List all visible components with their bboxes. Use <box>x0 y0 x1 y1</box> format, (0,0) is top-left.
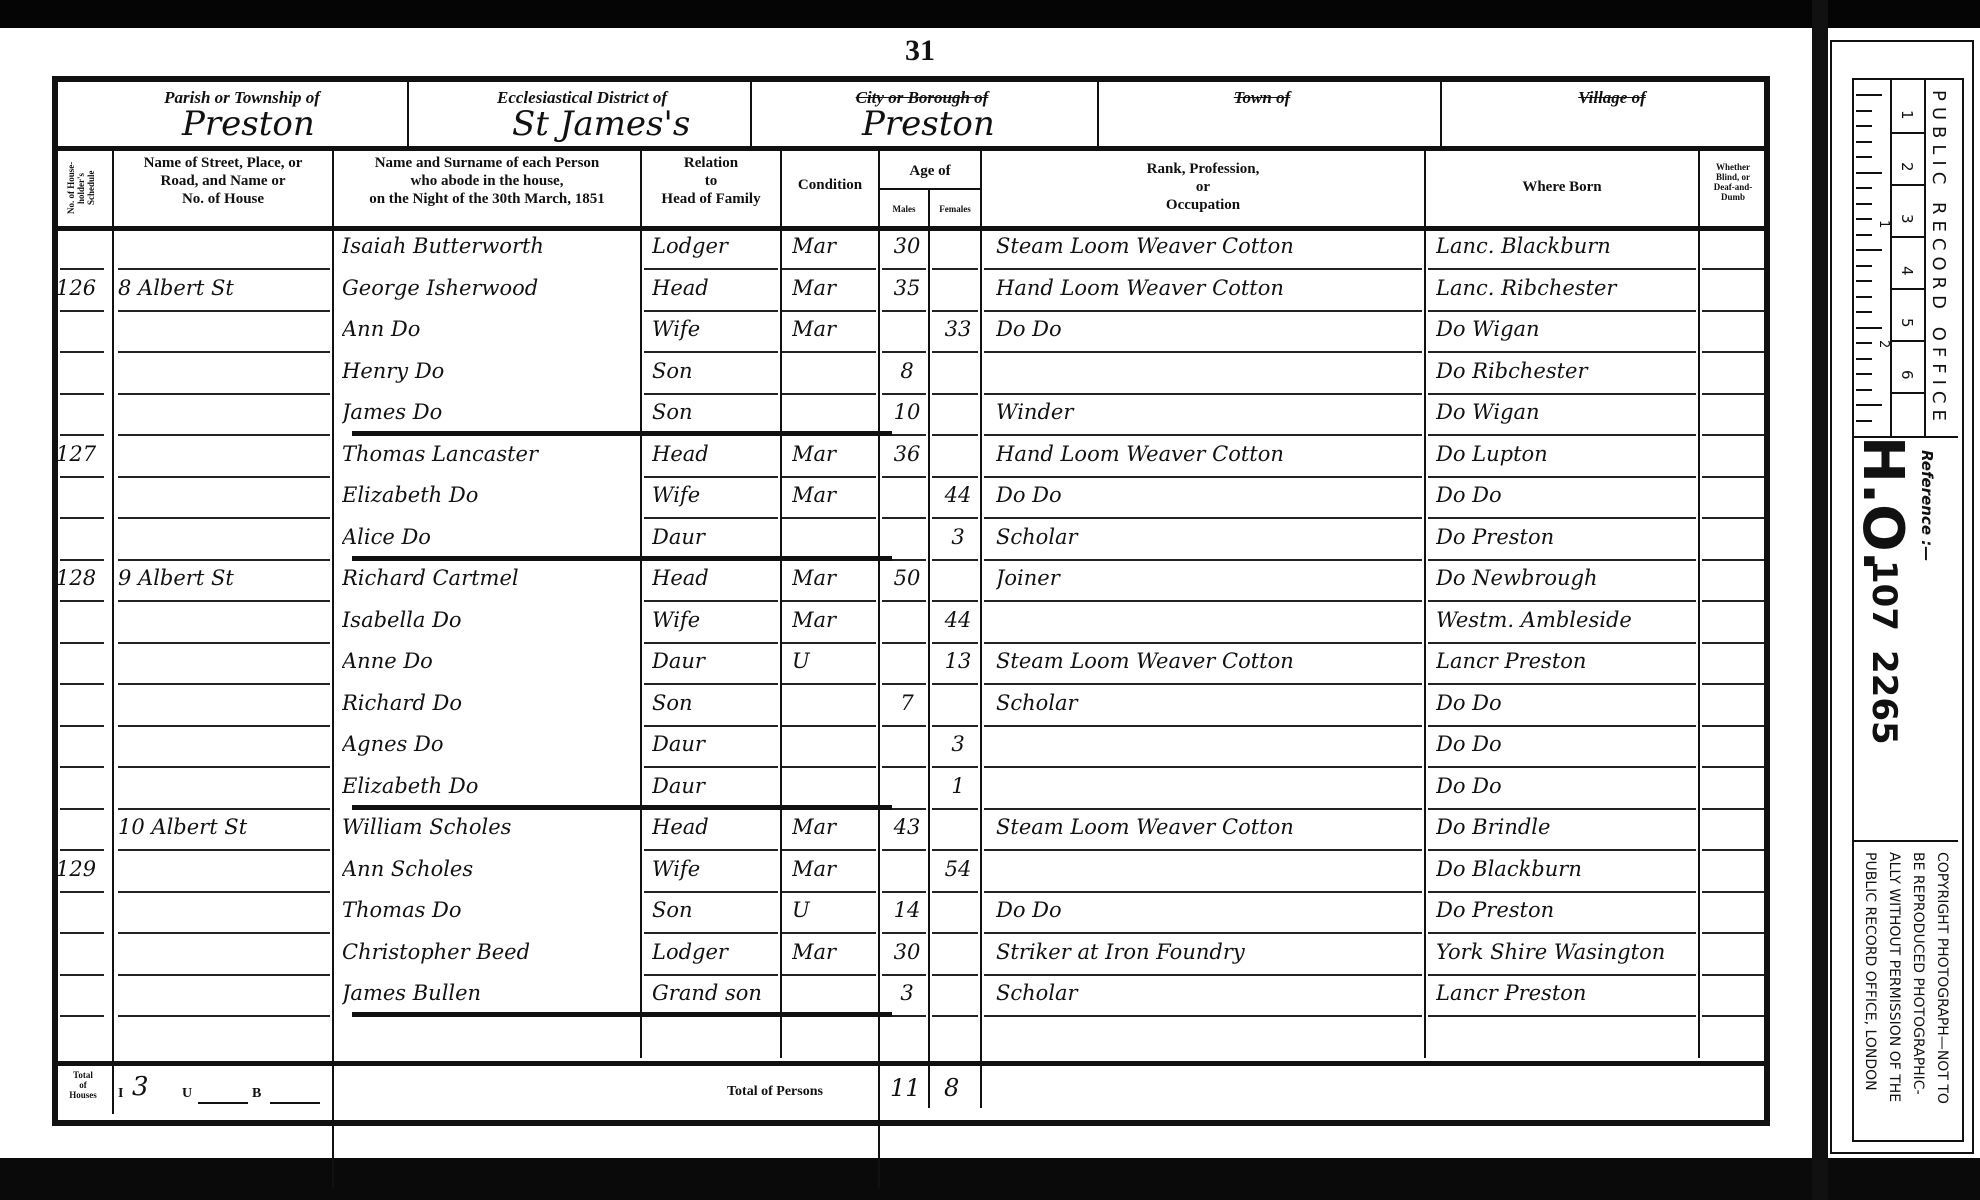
cell-born: Westm. Ambleside <box>1436 608 1696 632</box>
totals-row: Total of Houses I 3 U B Total of Persons… <box>52 1066 1770 1114</box>
village-label: Village of <box>1552 88 1672 108</box>
cell-street: 9 Albert St <box>118 566 330 590</box>
cell-born: Lancr Preston <box>1436 981 1696 1005</box>
row-rule <box>932 683 978 685</box>
row-rule <box>984 310 1422 312</box>
row-rule <box>782 476 876 478</box>
cell-males: 30 <box>888 940 926 964</box>
row-rule <box>882 517 926 519</box>
row-rule <box>644 849 778 851</box>
row-rule <box>60 642 104 644</box>
cell-males: 43 <box>888 815 926 839</box>
col-header-born: Where Born <box>1426 178 1698 196</box>
row-rule <box>118 476 330 478</box>
row-rule <box>644 310 778 312</box>
ruler-cm-divider <box>1890 340 1924 342</box>
header-divider-v <box>1440 80 1442 146</box>
table-row: Thomas DoSonU14Do DoDo Preston <box>52 894 1770 934</box>
page-edge <box>1812 0 1828 1200</box>
building-blank <box>270 1102 320 1104</box>
row-rule <box>1702 434 1764 436</box>
row-rule <box>984 434 1422 436</box>
row-rule <box>118 891 330 893</box>
row-rule <box>1428 808 1696 810</box>
film-edge-bottom <box>0 1158 1980 1200</box>
uninhabited-label: U <box>182 1086 192 1102</box>
uninhabited-blank <box>198 1102 248 1104</box>
row-rule <box>932 642 978 644</box>
cell-name: William Scholes <box>342 815 638 839</box>
row-rule <box>782 932 876 934</box>
row-rule <box>932 268 978 270</box>
table-row: James DoSon10WinderDo Wigan <box>52 396 1770 436</box>
cell-born: Do Wigan <box>1436 317 1696 341</box>
row-rule <box>60 1015 104 1017</box>
cell-born: Lanc. Ribchester <box>1436 276 1696 300</box>
ruler-tick <box>1856 94 1882 96</box>
row-rule <box>782 351 876 353</box>
col-header-name-l2: who abode in the house, <box>334 172 640 190</box>
row-rule <box>118 932 330 934</box>
cell-condition: Mar <box>792 234 876 258</box>
row-rule <box>60 932 104 934</box>
ruler-tick <box>1856 203 1872 205</box>
row-rule <box>60 434 104 436</box>
copyright-l4: PUBLIC RECORD OFFICE, LONDON <box>1862 852 1878 1091</box>
cell-relation: Head <box>652 815 778 839</box>
cell-name: Agnes Do <box>342 732 638 756</box>
ecclesiastical-value: St James's <box>512 104 690 144</box>
row-rule <box>882 393 926 395</box>
row-rule <box>1428 725 1696 727</box>
row-rule <box>644 268 778 270</box>
row-rule <box>644 476 778 478</box>
town-label: Town of <box>1202 88 1322 108</box>
ruler-tick <box>1856 420 1872 422</box>
cell-name: James Bullen <box>342 981 638 1005</box>
cell-relation: Son <box>652 691 778 715</box>
copyright-l3: ALLY WITHOUT PERMISSION OF THE <box>1886 852 1902 1102</box>
row-rule <box>1428 849 1696 851</box>
row-rule <box>644 393 778 395</box>
row-rule <box>984 725 1422 727</box>
col-header-name: Name and Surname of each Person who abod… <box>334 154 640 208</box>
parish-value: Preston <box>182 104 315 144</box>
row-rule <box>60 725 104 727</box>
row-rule <box>984 932 1422 934</box>
row-rule <box>1428 766 1696 768</box>
table-row: 1289 Albert StRichard CartmelHeadMar50Jo… <box>52 562 1770 602</box>
row-rule <box>60 476 104 478</box>
row-rule <box>644 974 778 976</box>
table-row: Richard DoSon7ScholarDo Do <box>52 687 1770 727</box>
cell-name: Richard Do <box>342 691 638 715</box>
row-rule <box>60 517 104 519</box>
reference-piece: 107 <box>1864 560 1904 631</box>
cell-males: 14 <box>888 898 926 922</box>
row-rule <box>1428 1015 1696 1017</box>
header-divider-v <box>407 80 409 146</box>
ruler-cm-divider <box>1890 288 1924 290</box>
row-rule <box>984 891 1422 893</box>
col-header-males: Males <box>880 204 928 214</box>
header-divider-v <box>1097 80 1099 146</box>
table-row: James BullenGrand son3ScholarLancr Prest… <box>52 977 1770 1017</box>
row-rule <box>1702 766 1764 768</box>
total-persons-label: Total of Persons <box>727 1084 823 1100</box>
row-rule <box>1428 891 1696 893</box>
row-rule <box>118 393 330 395</box>
household-end-rule <box>352 556 892 561</box>
col-header-relation-l2: to <box>642 172 780 190</box>
row-rule <box>118 725 330 727</box>
cell-condition: U <box>792 649 876 673</box>
row-rule <box>782 517 876 519</box>
ruler-inch-label: 2 <box>1876 340 1891 348</box>
row-rule <box>118 351 330 353</box>
row-rule <box>782 974 876 976</box>
cell-occupation: Scholar <box>996 691 1422 715</box>
row-rule <box>60 849 104 851</box>
cell-relation: Son <box>652 359 778 383</box>
cell-condition: Mar <box>792 857 876 881</box>
ruler-tick <box>1856 311 1872 313</box>
row-rule <box>932 808 978 810</box>
row-rule <box>932 434 978 436</box>
film-edge-top <box>0 0 1980 28</box>
table-row: Elizabeth DoDaur1Do Do <box>52 770 1770 810</box>
row-rule <box>932 600 978 602</box>
row-rule <box>60 559 104 561</box>
cell-females: 33 <box>938 317 978 341</box>
inhabited-value: 3 <box>132 1072 149 1102</box>
ruler-tick <box>1856 265 1872 267</box>
row-rule <box>644 600 778 602</box>
row-rule <box>1702 808 1764 810</box>
row-rule <box>1428 600 1696 602</box>
row-rule <box>118 766 330 768</box>
cell-males: 30 <box>888 234 926 258</box>
row-rule <box>60 268 104 270</box>
cell-born: Do Newbrough <box>1436 566 1696 590</box>
cell-occupation: Hand Loom Weaver Cotton <box>996 276 1422 300</box>
row-rule <box>1428 434 1696 436</box>
cell-condition: Mar <box>792 940 876 964</box>
cell-occupation: Scholar <box>996 981 1422 1005</box>
row-rule <box>932 1015 978 1017</box>
row-rule <box>644 891 778 893</box>
row-rule <box>1428 393 1696 395</box>
row-rule <box>984 808 1422 810</box>
cell-occupation: Hand Loom Weaver Cotton <box>996 442 1422 466</box>
cell-name: James Do <box>342 400 638 424</box>
col-header-street-l3: No. of House <box>114 190 332 208</box>
cell-condition: U <box>792 898 876 922</box>
row-rule <box>1702 351 1764 353</box>
cell-males: 8 <box>888 359 926 383</box>
cell-name: George Isherwood <box>342 276 638 300</box>
row-rule <box>118 310 330 312</box>
col-header-relation: Relation to Head of Family <box>642 154 780 208</box>
row-rule <box>118 642 330 644</box>
row-rule <box>1702 642 1764 644</box>
cell-born: Lanc. Blackburn <box>1436 234 1696 258</box>
row-rule <box>882 725 926 727</box>
row-rule <box>1702 310 1764 312</box>
pro-reference-strip: PUBLIC RECORD OFFICE 12345612 Reference … <box>1830 40 1974 1154</box>
col-header-females: Females <box>930 204 980 214</box>
row-rule <box>118 268 330 270</box>
cell-males: 50 <box>888 566 926 590</box>
row-rule <box>984 393 1422 395</box>
row-rule <box>118 808 330 810</box>
table-row: Anne DoDaurU13Steam Loom Weaver CottonLa… <box>52 645 1770 685</box>
row-rule <box>1702 268 1764 270</box>
row-rule <box>118 974 330 976</box>
row-rule <box>644 683 778 685</box>
row-rule <box>984 517 1422 519</box>
household-end-rule <box>352 1012 892 1017</box>
header-divider <box>52 146 1770 151</box>
cell-relation: Daur <box>652 732 778 756</box>
row-rule <box>644 766 778 768</box>
cell-males: 35 <box>888 276 926 300</box>
cell-relation: Wife <box>652 483 778 507</box>
row-rule <box>782 310 876 312</box>
table-row: Ann DoWifeMar33Do DoDo Wigan <box>52 313 1770 353</box>
row-rule <box>1702 600 1764 602</box>
total-houses-l1: Total <box>56 1070 110 1080</box>
cell-relation: Head <box>652 566 778 590</box>
ruler-tick <box>1856 342 1872 344</box>
row-rule <box>1428 974 1696 976</box>
row-rule <box>644 351 778 353</box>
table-row: 129Ann ScholesWifeMar54Do Blackburn <box>52 853 1770 893</box>
cell-name: Henry Do <box>342 359 638 383</box>
cell-relation: Lodger <box>652 234 778 258</box>
copyright-notice: COPYRIGHT PHOTOGRAPH—NOT TO BE REPRODUCE… <box>1858 852 1954 1132</box>
total-houses-label: Total of Houses <box>56 1070 110 1100</box>
reference-label: Reference :— <box>1918 450 1936 561</box>
row-rule <box>882 268 926 270</box>
cell-females: 54 <box>938 857 978 881</box>
row-rule <box>782 766 876 768</box>
ruler-tick <box>1856 172 1882 174</box>
row-rule <box>984 268 1422 270</box>
ruler-tick <box>1856 373 1872 375</box>
row-rule <box>1702 476 1764 478</box>
cell-occupation: Steam Loom Weaver Cotton <box>996 815 1422 839</box>
row-rule <box>1702 849 1764 851</box>
cell-females: 44 <box>938 483 978 507</box>
row-rule <box>932 559 978 561</box>
row-rule <box>782 849 876 851</box>
cell-occupation: Do Do <box>996 483 1422 507</box>
col-header-occupation-l2: or <box>982 178 1424 196</box>
cell-name: Anne Do <box>342 649 638 673</box>
cell-name: Thomas Lancaster <box>342 442 638 466</box>
col-header-street-l1: Name of Street, Place, or <box>114 154 332 172</box>
cell-relation: Wife <box>652 608 778 632</box>
total-houses-l3: Houses <box>56 1090 110 1100</box>
table-row: 127Thomas LancasterHeadMar36Hand Loom We… <box>52 438 1770 478</box>
row-rule <box>1428 683 1696 685</box>
row-rule <box>118 849 330 851</box>
header-divider-v <box>750 80 752 146</box>
cell-born: Do Preston <box>1436 525 1696 549</box>
ruler-cm-divider <box>1890 132 1924 134</box>
row-rule <box>782 725 876 727</box>
ruler-cm-divider <box>1890 392 1924 394</box>
borough-value: Preston <box>862 104 995 144</box>
row-rule <box>118 559 330 561</box>
pro-inner-box: PUBLIC RECORD OFFICE 12345612 Reference … <box>1852 78 1964 1142</box>
row-rule <box>882 974 926 976</box>
cell-born: Do Lupton <box>1436 442 1696 466</box>
cell-born: Do Do <box>1436 732 1696 756</box>
cell-occupation: Scholar <box>996 525 1422 549</box>
row-rule <box>118 1015 330 1017</box>
row-rule <box>882 683 926 685</box>
col-header-occupation-l3: Occupation <box>982 196 1424 214</box>
table-row: Agnes DoDaur3Do Do <box>52 728 1770 768</box>
row-rule <box>1428 559 1696 561</box>
row-rule <box>1428 517 1696 519</box>
cell-occupation: Steam Loom Weaver Cotton <box>996 649 1422 673</box>
cell-occupation: Do Do <box>996 898 1422 922</box>
cell-occupation: Striker at Iron Foundry <box>996 940 1422 964</box>
cell-condition: Mar <box>792 566 876 590</box>
col-header-blind: Whether Blind, or Deaf-and- Dumb <box>1700 162 1766 202</box>
table-row: Elizabeth DoWifeMar44Do DoDo Do <box>52 479 1770 519</box>
ruler-cm-label: 2 <box>1898 162 1916 172</box>
cell-born: Do Brindle <box>1436 815 1696 839</box>
ruler-cm-label: 6 <box>1898 370 1916 380</box>
cell-name: Thomas Do <box>342 898 638 922</box>
cell-females: 3 <box>938 525 978 549</box>
row-rule <box>882 476 926 478</box>
row-rule <box>782 642 876 644</box>
cell-males: 3 <box>888 981 926 1005</box>
cell-name: Isabella Do <box>342 608 638 632</box>
ruler-tick <box>1856 141 1872 143</box>
col-header-occupation: Rank, Profession, or Occupation <box>982 160 1424 214</box>
row-rule <box>1702 393 1764 395</box>
cell-occupation: Do Do <box>996 317 1422 341</box>
cell-males: 7 <box>888 691 926 715</box>
row-rule <box>60 808 104 810</box>
measurement-ruler: PUBLIC RECORD OFFICE 12345612 <box>1854 80 1958 438</box>
cell-females: 3 <box>938 732 978 756</box>
row-rule <box>984 849 1422 851</box>
total-males: 11 <box>890 1074 921 1102</box>
row-rule <box>932 891 978 893</box>
row-rule <box>1428 932 1696 934</box>
row-rule <box>1702 974 1764 976</box>
col-header-blind-l1: Whether <box>1700 162 1766 172</box>
col-header-blind-l3: Deaf-and- <box>1700 182 1766 192</box>
row-rule <box>932 393 978 395</box>
col-header-name-l1: Name and Surname of each Person <box>334 154 640 172</box>
row-rule <box>1428 642 1696 644</box>
row-rule <box>60 310 104 312</box>
ruler-tick <box>1856 249 1882 251</box>
cell-born: Do Preston <box>1436 898 1696 922</box>
table-row: Isaiah ButterworthLodgerMar30Steam Loom … <box>52 230 1770 270</box>
total-houses-l2: of <box>56 1080 110 1090</box>
row-rule <box>60 351 104 353</box>
cell-relation: Son <box>652 400 778 424</box>
ruler-tick <box>1856 125 1872 127</box>
ruler-cm-divider <box>1890 184 1924 186</box>
cell-relation: Grand son <box>652 981 778 1005</box>
page-number: 31 <box>905 34 935 68</box>
table-row: Henry DoSon8Do Ribchester <box>52 355 1770 395</box>
row-rule <box>984 559 1422 561</box>
row-rule <box>882 932 926 934</box>
row-rule <box>932 974 978 976</box>
row-rule <box>882 600 926 602</box>
row-rule <box>60 974 104 976</box>
row-rule <box>984 766 1422 768</box>
cell-condition: Mar <box>792 815 876 839</box>
row-rule <box>984 1015 1422 1017</box>
cell-males: 36 <box>888 442 926 466</box>
cell-street: 8 Albert St <box>118 276 330 300</box>
row-rule <box>60 600 104 602</box>
household-end-rule <box>352 805 892 810</box>
row-rule <box>984 974 1422 976</box>
building-label: B <box>252 1086 261 1102</box>
row-rule <box>782 683 876 685</box>
ruler-tick <box>1856 156 1872 158</box>
cell-relation: Son <box>652 898 778 922</box>
cell-occupation: Joiner <box>996 566 1422 590</box>
row-rule <box>932 517 978 519</box>
ruler-cm-divider <box>1890 236 1924 238</box>
row-rule <box>60 393 104 395</box>
ruler-tick <box>1856 389 1872 391</box>
cell-born: Do Ribchester <box>1436 359 1696 383</box>
row-rule <box>1702 932 1764 934</box>
copyright-l2: BE REPRODUCED PHOTOGRAPHIC- <box>1910 852 1926 1095</box>
col-header-age: Age of <box>880 162 980 180</box>
table-row <box>52 1019 1770 1059</box>
row-rule <box>644 932 778 934</box>
row-rule <box>984 351 1422 353</box>
col-header-blind-l4: Dumb <box>1700 192 1766 202</box>
ruler-cm-label: 4 <box>1898 266 1916 276</box>
cell-relation: Wife <box>652 317 778 341</box>
ruler-tick <box>1856 110 1872 112</box>
col-header-schedule: No. of House-holder's Schedule <box>66 156 106 220</box>
total-females: 8 <box>944 1074 959 1102</box>
row-rule <box>782 600 876 602</box>
col-header-condition: Condition <box>782 176 878 194</box>
cell-born: Do Do <box>1436 774 1696 798</box>
cell-relation: Daur <box>652 774 778 798</box>
row-rule <box>60 683 104 685</box>
cell-schedule: 128 <box>56 566 110 590</box>
row-rule <box>60 891 104 893</box>
table-row: Alice DoDaur3ScholarDo Preston <box>52 521 1770 561</box>
col-line <box>112 1066 114 1114</box>
ruler-cm-label: 1 <box>1898 110 1916 120</box>
ruler-cm-label: 5 <box>1898 318 1916 328</box>
cell-relation: Lodger <box>652 940 778 964</box>
cell-relation: Head <box>652 442 778 466</box>
ruler-tick <box>1856 296 1872 298</box>
